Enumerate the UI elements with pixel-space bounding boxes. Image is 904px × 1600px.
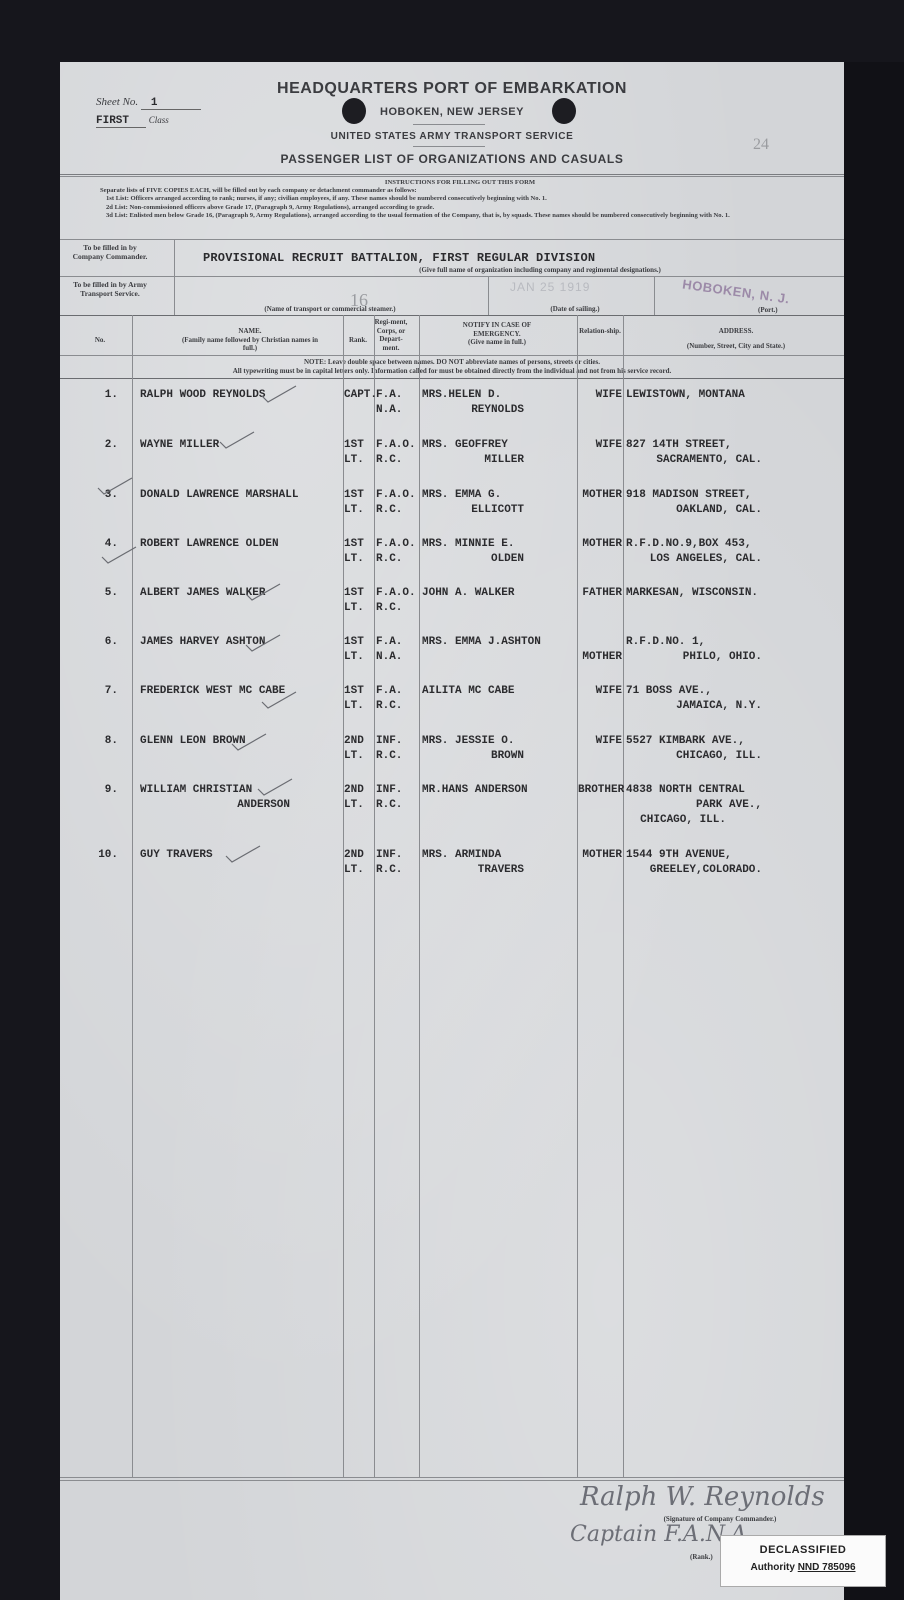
instructions-title: INSTRUCTIONS FOR FILLING OUT THIS FORM — [100, 179, 820, 187]
passenger-address-cont: CHICAGO, ILL. — [626, 813, 726, 827]
date-hint: (Date of sailing.) — [500, 305, 650, 314]
passenger-notify: AILITA MC CABE — [422, 684, 602, 698]
form-location: HOBOKEN, NEW JERSEY — [60, 106, 844, 118]
transport-service-label: To be filled in by Army Transport Servic… — [66, 280, 154, 298]
table-row: 9.WILLIAM CHRISTIANANDERSON2NDLT.INF.R.C… — [60, 783, 844, 829]
passenger-address: 918 MADISON STREET, — [626, 488, 846, 502]
passenger-regiment-cont: N.A. — [376, 403, 426, 417]
table-row: 3.DONALD LAWRENCE MARSHALL1STLT.F.A.O.R.… — [60, 488, 844, 534]
col-header-address: ADDRESS. (Number, Street, City and State… — [628, 327, 844, 350]
passenger-notify-cont: TRAVERS — [422, 863, 524, 877]
passenger-regiment: INF. — [376, 783, 426, 797]
passenger-notify: MRS. MINNIE E. — [422, 537, 602, 551]
passenger-address: R.F.D.NO. 1, — [626, 635, 846, 649]
passenger-address: R.F.D.NO.9,BOX 453, — [626, 537, 846, 551]
declassified-label: DECLASSIFIED Authority NND 785096 — [720, 1535, 886, 1587]
passenger-name: FREDERICK WEST MC CABE — [140, 684, 340, 698]
passenger-regiment-cont: R.C. — [376, 453, 426, 467]
passenger-no: 1. — [88, 388, 118, 402]
passenger-regiment-cont: R.C. — [376, 863, 426, 877]
col-header-name-title: NAME. — [160, 327, 340, 336]
passenger-relationship: MOTHER — [578, 537, 622, 551]
rank-label: (Rank.) — [690, 1553, 713, 1562]
divider — [60, 239, 844, 240]
passenger-regiment: F.A.O. — [376, 586, 426, 600]
passenger-name: ROBERT LAWRENCE OLDEN — [140, 537, 340, 551]
instructions-block: INSTRUCTIONS FOR FILLING OUT THIS FORM S… — [100, 179, 820, 220]
passenger-notify: MR.HANS ANDERSON — [422, 783, 602, 797]
passenger-notify-cont: REYNOLDS — [422, 403, 524, 417]
passenger-address: 827 14TH STREET, — [626, 438, 846, 452]
col-header-address-hint: (Number, Street, City and State.) — [628, 342, 844, 351]
passenger-no: 10. — [88, 848, 118, 862]
table-row: 1.RALPH WOOD REYNOLDSCAPT.F.A.N.A.MRS.HE… — [60, 388, 844, 434]
passenger-regiment-cont: R.C. — [376, 699, 426, 713]
table-row: 6.JAMES HARVEY ASHTON1STLT.F.A.N.A.MRS. … — [60, 635, 844, 681]
divider — [60, 355, 844, 356]
table-row: 4.ROBERT LAWRENCE OLDEN1STLT.F.A.O.R.C.M… — [60, 537, 844, 583]
table-row: 8.GLENN LEON BROWN2NDLT.INF.R.C.MRS. JES… — [60, 734, 844, 780]
port-hint: (Port.) — [758, 306, 778, 315]
checkmark-icon — [260, 690, 300, 712]
divider — [60, 1480, 844, 1481]
passenger-relationship: WIFE — [578, 684, 622, 698]
steamer-hint: (Name of transport or commercial steamer… — [220, 305, 440, 314]
divider — [60, 276, 844, 277]
passenger-notify: MRS. GEOFFREY — [422, 438, 602, 452]
passenger-address: 71 BOSS AVE., — [626, 684, 846, 698]
checkmark-icon — [218, 430, 258, 452]
divider — [654, 276, 655, 315]
form-service: UNITED STATES ARMY TRANSPORT SERVICE — [60, 131, 844, 142]
passenger-notify-cont: OLDEN — [422, 552, 524, 566]
table-row: 10.GUY TRAVERS2NDLT.INF.R.C.MRS. ARMINDA… — [60, 848, 844, 894]
checkmark-icon — [224, 844, 264, 866]
passenger-regiment: F.A.O. — [376, 537, 426, 551]
passenger-regiment: INF. — [376, 848, 426, 862]
passenger-address: 4838 NORTH CENTRAL — [626, 783, 846, 797]
passenger-relationship: FATHER — [578, 586, 622, 600]
passenger-notify-cont: BROWN — [422, 749, 524, 763]
instructions-list1: 1st List: Officers arranged according to… — [100, 195, 820, 203]
passenger-address: MARKESAN, WISCONSIN. — [626, 586, 846, 600]
checkmark-icon — [96, 476, 136, 498]
col-header-notify-title: NOTIFY IN CASE OF EMERGENCY. — [422, 321, 572, 338]
passenger-notify: JOHN A. WALKER — [422, 586, 602, 600]
passenger-relationship: WIFE — [578, 388, 622, 402]
passenger-address: 5527 KIMBARK AVE., — [626, 734, 846, 748]
declassified-authority: Authority NND 785096 — [721, 1562, 885, 1573]
port-stamp: HOBOKEN, N. J. — [681, 277, 790, 307]
checkmark-icon — [256, 777, 296, 799]
table-row: 7.FREDERICK WEST MC CABE1STLT.F.A.R.C.AI… — [60, 684, 844, 730]
divider — [488, 276, 489, 315]
passenger-name: ALBERT JAMES WALKER — [140, 586, 340, 600]
date-of-sailing-stamp: JAN 25 1919 — [510, 280, 590, 294]
passenger-regiment: F.A. — [376, 388, 426, 402]
passenger-regiment-cont: N.A. — [376, 650, 426, 664]
passenger-regiment: F.A.O. — [376, 438, 426, 452]
divider — [413, 146, 485, 147]
passenger-address-cont: PHILO, OHIO. — [626, 650, 762, 664]
authority-label: Authority — [750, 1562, 794, 1573]
divider — [60, 174, 844, 175]
passenger-notify: MRS. EMMA J.ASHTON — [422, 635, 602, 649]
passenger-notify: MRS.HELEN D. — [422, 388, 602, 402]
table-row: 2.WAYNE MILLER1STLT.F.A.O.R.C.MRS. GEOFF… — [60, 438, 844, 484]
passenger-notify-cont: MILLER — [422, 453, 524, 467]
passenger-address-cont: LOS ANGELES, CAL. — [626, 552, 762, 566]
note-line-1: NOTE: Leave double space between names. … — [60, 358, 844, 367]
passenger-regiment-cont: R.C. — [376, 601, 426, 615]
table-row: 5.ALBERT JAMES WALKER1STLT.F.A.O.R.C.JOH… — [60, 586, 844, 632]
divider — [60, 176, 844, 177]
form-list-title: PASSENGER LIST OF ORGANIZATIONS AND CASU… — [60, 152, 844, 166]
passenger-no: 5. — [88, 586, 118, 600]
passenger-regiment-cont: R.C. — [376, 798, 426, 812]
passenger-notify: MRS. ARMINDA — [422, 848, 602, 862]
passenger-regiment-cont: R.C. — [376, 552, 426, 566]
divider — [413, 124, 485, 125]
passenger-relationship: WIFE — [578, 734, 622, 748]
passenger-name-cont: ANDERSON — [140, 798, 290, 812]
divider — [60, 1477, 844, 1478]
passenger-regiment: INF. — [376, 734, 426, 748]
passenger-no: 9. — [88, 783, 118, 797]
col-header-name-hint: (Family name followed by Christian names… — [160, 336, 340, 353]
col-header-name: NAME. (Family name followed by Christian… — [160, 327, 340, 353]
divider — [174, 239, 175, 315]
instructions-intro: Separate lists of FIVE COPIES EACH, will… — [100, 187, 820, 195]
checkmark-icon — [244, 582, 284, 604]
passenger-regiment: F.A. — [376, 635, 426, 649]
organization-hint: (Give full name of organization includin… — [330, 266, 750, 275]
commander-signature: Ralph W. Reynolds — [580, 1482, 825, 1512]
col-header-notify: NOTIFY IN CASE OF EMERGENCY. (Give name … — [422, 321, 572, 347]
passenger-notify-cont: ELLICOTT — [422, 503, 524, 517]
col-header-address-title: ADDRESS. — [628, 327, 844, 336]
divider — [60, 378, 844, 379]
passenger-name: JAMES HARVEY ASHTON — [140, 635, 340, 649]
passenger-no: 7. — [88, 684, 118, 698]
note-line-2: All typewriting must be in capital lette… — [60, 367, 844, 376]
passenger-relationship: MOTHER — [578, 848, 622, 862]
passenger-name: WILLIAM CHRISTIAN — [140, 783, 340, 797]
divider — [60, 315, 844, 316]
passenger-no: 6. — [88, 635, 118, 649]
passenger-no: 8. — [88, 734, 118, 748]
passenger-address-cont: GREELEY,COLORADO. — [626, 863, 762, 877]
passenger-regiment: F.A. — [376, 684, 426, 698]
page-number: 24 — [753, 136, 769, 154]
passenger-address-cont: PARK AVE., — [626, 798, 762, 812]
col-header-relationship: Relation-ship. — [578, 327, 622, 336]
checkmark-icon — [230, 732, 270, 754]
passenger-address: 1544 9TH AVENUE, — [626, 848, 846, 862]
passenger-notify: MRS. JESSIE O. — [422, 734, 602, 748]
passenger-relationship: MOTHER — [578, 650, 622, 664]
col-header-rank: Rank. — [344, 336, 372, 345]
form-note: NOTE: Leave double space between names. … — [60, 358, 844, 375]
passenger-regiment-cont: R.C. — [376, 749, 426, 763]
authority-value: NND 785096 — [798, 1562, 856, 1573]
passenger-address-cont: SACRAMENTO, CAL. — [626, 453, 762, 467]
col-header-no: No. — [60, 336, 140, 345]
passenger-relationship: BROTHER — [578, 783, 622, 797]
passenger-address-cont: OAKLAND, CAL. — [626, 503, 762, 517]
passenger-name: RALPH WOOD REYNOLDS — [140, 388, 340, 402]
instructions-list2: 2d List: Non-commissioned officers above… — [100, 204, 820, 212]
checkmark-icon — [100, 545, 140, 567]
company-commander-label: To be filled in by Company Commander. — [70, 243, 150, 261]
passenger-address-cont: JAMAICA, N.Y. — [626, 699, 762, 713]
passenger-name: DONALD LAWRENCE MARSHALL — [140, 488, 340, 502]
col-header-notify-hint: (Give name in full.) — [422, 338, 572, 347]
checkmark-icon — [260, 384, 300, 406]
passenger-address: LEWISTOWN, MONTANA — [626, 388, 846, 402]
passenger-relationship: MOTHER — [578, 488, 622, 502]
passenger-notify: MRS. EMMA G. — [422, 488, 602, 502]
organization-name: PROVISIONAL RECRUIT BATTALION, FIRST REG… — [203, 251, 595, 265]
declassified-title: DECLASSIFIED — [721, 1544, 885, 1556]
col-header-regiment: Regi-ment, Corps, or Depart-ment. — [374, 318, 408, 352]
passenger-address-cont: CHICAGO, ILL. — [626, 749, 762, 763]
scan-background — [844, 62, 904, 1600]
passenger-no: 2. — [88, 438, 118, 452]
form-title: HEADQUARTERS PORT OF EMBARKATION — [60, 80, 844, 98]
passenger-list-form: Sheet No. 1 FIRST Class HEADQUARTERS POR… — [60, 62, 844, 1600]
passenger-relationship: WIFE — [578, 438, 622, 452]
checkmark-icon — [244, 633, 284, 655]
instructions-list3: 3d List: Enlisted men below Grade 16, (P… — [100, 212, 820, 220]
passenger-regiment: F.A.O. — [376, 488, 426, 502]
passenger-regiment-cont: R.C. — [376, 503, 426, 517]
